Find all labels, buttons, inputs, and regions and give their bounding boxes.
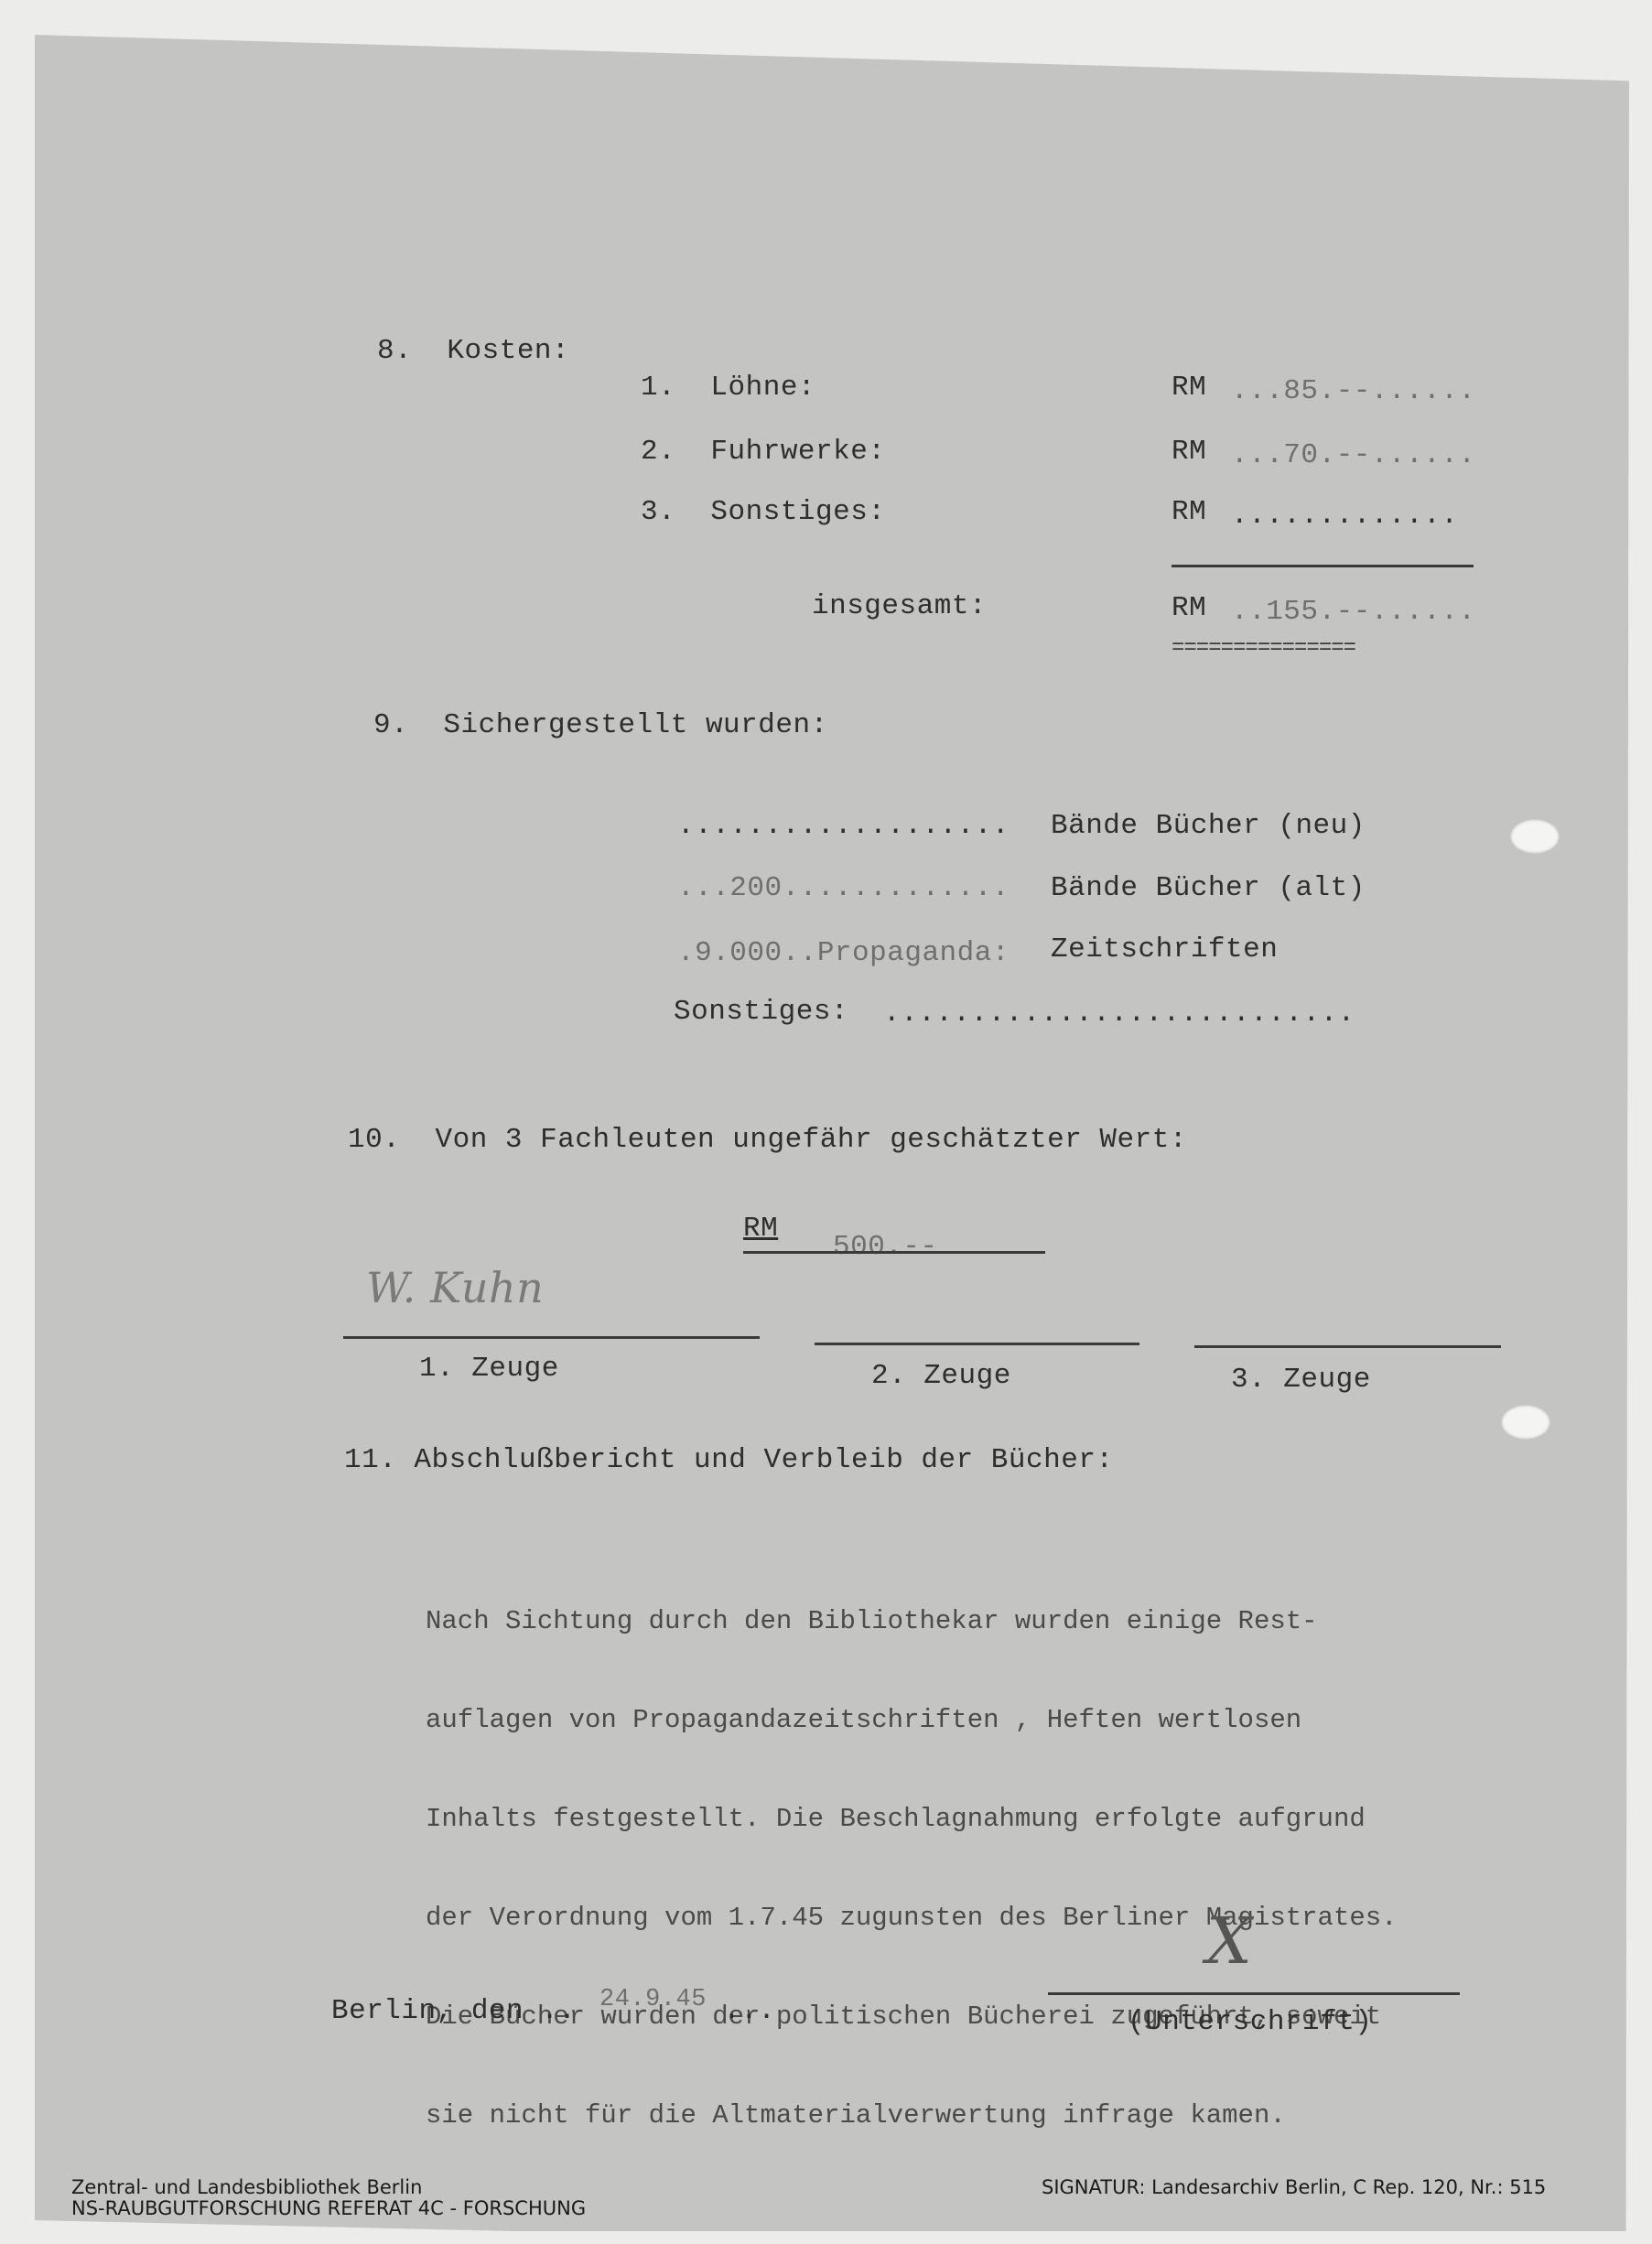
paragraph-line: sie nicht für die Altmaterialverwertung … xyxy=(426,2099,1579,2132)
footer-left: Zentral- und Landesbibliothek BerlinNS-R… xyxy=(71,2177,586,2219)
estimated-value: 500.-- xyxy=(833,1231,938,1263)
paragraph-line: Inhalts festgestellt. Die Beschlagnahmun… xyxy=(426,1803,1579,1836)
signature-label: (Unterschrift) xyxy=(1128,2006,1372,2038)
footer-institution: Zentral- und Landesbibliothek Berlin xyxy=(71,2177,586,2198)
witness-label: 3. Zeuge xyxy=(1231,1364,1371,1396)
total-value: ..155.--...... xyxy=(1231,596,1475,628)
witness-label: 2. Zeuge xyxy=(871,1360,1011,1392)
punch-hole xyxy=(1501,1405,1550,1440)
punch-hole xyxy=(1510,819,1560,854)
document-date: 24.9.45 xyxy=(599,1986,707,2013)
cost-item-value: ...85.--...... xyxy=(1231,375,1475,407)
footer-signature: SIGNATUR: Landesarchiv Berlin, C Rep. 12… xyxy=(1042,2177,1546,2198)
witness-label: 1. Zeuge xyxy=(419,1353,559,1385)
cost-item-label: 1. Löhne: xyxy=(641,372,815,404)
paragraph-line: Die Bücher wurden der politischen Bücher… xyxy=(426,2001,1579,2034)
secured-label: Bände Bücher (alt) xyxy=(1051,872,1366,904)
paragraph-line: auflagen von Propagandazeitschriften , H… xyxy=(426,1704,1579,1737)
witness-line xyxy=(815,1343,1139,1345)
cost-item-value: ...70.--...... xyxy=(1231,439,1475,471)
witness-line xyxy=(343,1336,760,1339)
double-rule: =============== xyxy=(1172,636,1355,661)
value-currency: RM xyxy=(743,1213,778,1245)
cost-item-currency: RM xyxy=(1172,436,1206,468)
value-rule xyxy=(743,1251,1045,1254)
section-9-heading: 9. Sichergestellt wurden: xyxy=(373,709,828,741)
place-label: Berlin, den .. xyxy=(331,1995,576,2027)
cost-item-value: ............. xyxy=(1231,500,1458,532)
date-trailing-dots: ... xyxy=(723,1995,775,2027)
total-currency: RM xyxy=(1172,592,1206,624)
paragraph-line: der Verordnung vom 1.7.45 zugunsten des … xyxy=(426,1902,1579,1935)
signature-mark: X xyxy=(1206,1904,1252,1979)
section-11-heading: 11. Abschlußbericht und Verbleib der Büc… xyxy=(344,1444,1114,1476)
footer-department: NS-RAUBGUTFORSCHUNG REFERAT 4C - FORSCHU… xyxy=(71,2198,586,2219)
secured-amount: .9.000..Propaganda: xyxy=(677,937,1010,969)
final-report-paragraph: Nach Sichtung durch den Bibliothekar wur… xyxy=(426,1539,1579,2165)
section-10-heading: 10. Von 3 Fachleuten ungefähr geschätzte… xyxy=(348,1124,1187,1156)
secured-label: Zeitschriften xyxy=(1051,933,1278,966)
secured-other-label: Sonstiges: xyxy=(674,996,848,1028)
secured-label: Bände Bücher (neu) xyxy=(1051,810,1366,842)
secured-amount: ................... xyxy=(677,810,1010,842)
section-8-heading: 8. Kosten: xyxy=(377,335,569,367)
cost-item-label: 3. Sonstiges: xyxy=(641,496,885,528)
sum-rule xyxy=(1172,565,1474,567)
cost-item-currency: RM xyxy=(1172,496,1206,528)
total-label: insgesamt: xyxy=(812,590,987,622)
secured-other-value: ........................... xyxy=(883,998,1355,1030)
cost-item-currency: RM xyxy=(1172,372,1206,404)
cost-item-label: 2. Fuhrwerke: xyxy=(641,436,885,468)
signature-line xyxy=(1048,1992,1460,1995)
secured-amount: ...200............. xyxy=(677,872,1010,904)
witness-line xyxy=(1194,1345,1501,1348)
witness-signature: W. Kuhn xyxy=(366,1263,544,1312)
paragraph-line: Nach Sichtung durch den Bibliothekar wur… xyxy=(426,1605,1579,1638)
